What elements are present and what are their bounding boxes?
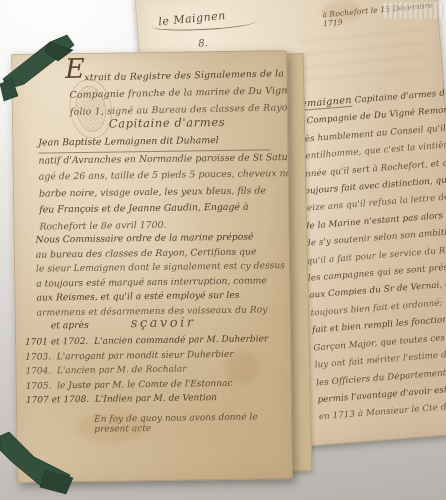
flourish-underline [153, 18, 257, 32]
document-left: E xtrait du Registre des Signalemens de … [11, 50, 293, 483]
ink-showthrough [298, 29, 428, 93]
manuscript-line: barbe noire, visage ovale, les yeux bleu… [39, 183, 283, 203]
photo-watermark [384, 2, 446, 19]
photo-of-manuscripts: le Maignen 8. à Rochefort le 15 Décembre… [0, 0, 446, 500]
certification-text: Nous Commissaire ordre de la marine prép… [36, 230, 287, 321]
closing-line: En foy de quoy nous avons donné le prese… [94, 412, 284, 435]
extract-heading: E xtrait du Registre des Signalemens de … [69, 65, 280, 120]
savoir-row: et aprèssçavoir [51, 314, 271, 332]
savoir-flourish: sçavoir [131, 315, 196, 331]
drop-capital: E [65, 61, 85, 78]
signalement-text: Jean Baptiste Lemaignen dit Duhamelnatif… [38, 132, 283, 236]
rank-subheading: Capitaine d'armes [82, 115, 252, 131]
petition-text: Lemaignen Capitaine d'armes de la Compag… [294, 85, 446, 427]
campaign-list: 1701 et 1702. L'ancien commandé par M. D… [25, 332, 288, 409]
page-number: 8. [198, 38, 208, 50]
savoir-prefix: et après [51, 320, 89, 332]
